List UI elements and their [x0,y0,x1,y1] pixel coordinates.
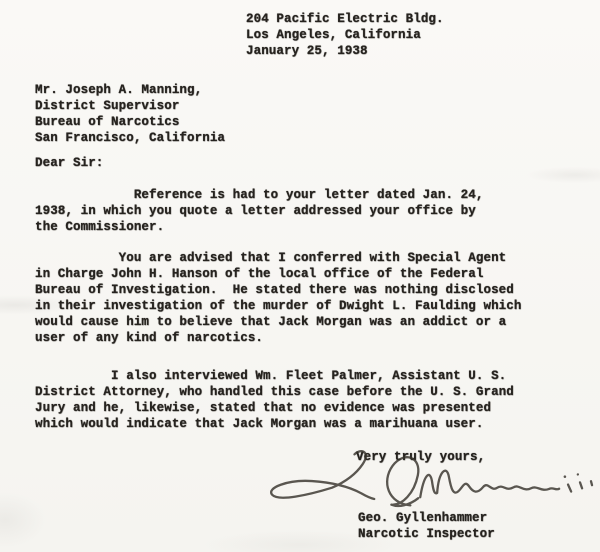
letter-document: 204 Pacific Electric Bldg. Los Angeles, … [0,0,600,552]
sender-address: 204 Pacific Electric Bldg. Los Angeles, … [246,11,444,59]
paragraph-reference: Reference is had to your letter dated Ja… [35,187,483,235]
salutation: Dear Sir: [35,155,103,171]
signature-name: Geo. Gyllenhammer [358,510,487,526]
paragraph-attorney-interview: I also interviewed Wm. Fleet Palmer, Ass… [35,368,514,432]
recipient-address: Mr. Joseph A. Manning, District Supervis… [35,82,225,146]
paragraph-fbi-interview: You are advised that I conferred with Sp… [35,250,521,346]
signature-title: Narcotic Inspector [358,526,495,542]
